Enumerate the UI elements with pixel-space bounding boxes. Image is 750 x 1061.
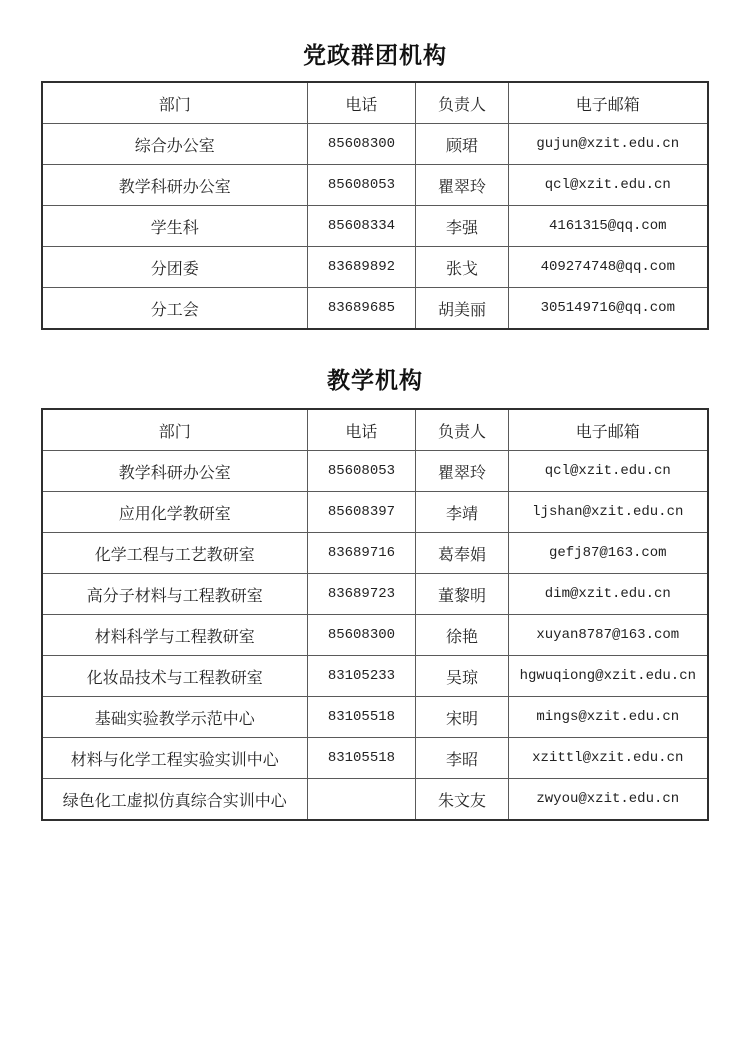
cell-department: 教学科研办公室 <box>42 165 307 206</box>
table-row: 化学工程与工艺教研室83689716葛奉娟gefj87@163.com <box>42 533 708 574</box>
teaching-org-table: 部门 电话 负责人 电子邮箱 教学科研办公室85608053瞿翠玲qcl@xzi… <box>41 408 709 821</box>
table-row: 绿色化工虚拟仿真综合实训中心朱文友zwyou@xzit.edu.cn <box>42 779 708 821</box>
cell-contact: 董黎明 <box>416 574 508 615</box>
cell-email: xuyan8787@163.com <box>508 615 708 656</box>
cell-contact: 徐艳 <box>416 615 508 656</box>
table-row: 化妆品技术与工程教研室83105233吴琼hgwuqiong@xzit.edu.… <box>42 656 708 697</box>
cell-phone: 85608334 <box>307 206 416 247</box>
table-header-row: 部门 电话 负责人 电子邮箱 <box>42 409 708 451</box>
cell-email: mings@xzit.edu.cn <box>508 697 708 738</box>
cell-department: 应用化学教研室 <box>42 492 307 533</box>
table-row: 基础实验教学示范中心83105518宋明mings@xzit.edu.cn <box>42 697 708 738</box>
cell-phone: 83105518 <box>307 738 416 779</box>
cell-contact: 李昭 <box>416 738 508 779</box>
table-row: 教学科研办公室85608053瞿翠玲qcl@xzit.edu.cn <box>42 165 708 206</box>
cell-email: zwyou@xzit.edu.cn <box>508 779 708 821</box>
cell-phone: 85608053 <box>307 451 416 492</box>
cell-department: 分团委 <box>42 247 307 288</box>
cell-contact: 朱文友 <box>416 779 508 821</box>
table-row: 教学科研办公室85608053瞿翠玲qcl@xzit.edu.cn <box>42 451 708 492</box>
cell-contact: 顾珺 <box>416 124 508 165</box>
table-row: 应用化学教研室85608397李靖ljshan@xzit.edu.cn <box>42 492 708 533</box>
table-row: 分团委83689892张戈409274748@qq.com <box>42 247 708 288</box>
cell-contact: 吴琼 <box>416 656 508 697</box>
cell-department: 化学工程与工艺教研室 <box>42 533 307 574</box>
cell-phone: 85608053 <box>307 165 416 206</box>
cell-department: 材料科学与工程教研室 <box>42 615 307 656</box>
column-header-department: 部门 <box>42 409 307 451</box>
column-header-contact: 负责人 <box>416 409 508 451</box>
cell-department: 化妆品技术与工程教研室 <box>42 656 307 697</box>
cell-phone: 85608300 <box>307 615 416 656</box>
cell-email: 4161315@qq.com <box>508 206 708 247</box>
cell-contact: 宋明 <box>416 697 508 738</box>
cell-email: qcl@xzit.edu.cn <box>508 165 708 206</box>
table-row: 材料与化学工程实验实训中心83105518李昭xzittl@xzit.edu.c… <box>42 738 708 779</box>
cell-email: xzittl@xzit.edu.cn <box>508 738 708 779</box>
cell-phone: 83689716 <box>307 533 416 574</box>
column-header-email: 电子邮箱 <box>508 409 708 451</box>
cell-department: 绿色化工虚拟仿真综合实训中心 <box>42 779 307 821</box>
cell-email: 305149716@qq.com <box>508 288 708 330</box>
cell-contact: 李靖 <box>416 492 508 533</box>
cell-contact: 葛奉娟 <box>416 533 508 574</box>
cell-contact: 胡美丽 <box>416 288 508 330</box>
cell-department: 综合办公室 <box>42 124 307 165</box>
column-header-contact: 负责人 <box>416 82 508 124</box>
table-row: 分工会83689685胡美丽305149716@qq.com <box>42 288 708 330</box>
cell-phone: 83689892 <box>307 247 416 288</box>
cell-department: 教学科研办公室 <box>42 451 307 492</box>
cell-department: 高分子材料与工程教研室 <box>42 574 307 615</box>
cell-email: qcl@xzit.edu.cn <box>508 451 708 492</box>
cell-contact: 李强 <box>416 206 508 247</box>
table-row: 高分子材料与工程教研室83689723董黎明dim@xzit.edu.cn <box>42 574 708 615</box>
table-header-row: 部门 电话 负责人 电子邮箱 <box>42 82 708 124</box>
cell-contact: 张戈 <box>416 247 508 288</box>
cell-department: 基础实验教学示范中心 <box>42 697 307 738</box>
column-header-phone: 电话 <box>307 409 416 451</box>
cell-department: 学生科 <box>42 206 307 247</box>
table-row: 综合办公室85608300顾珺gujun@xzit.edu.cn <box>42 124 708 165</box>
table-row: 学生科85608334李强4161315@qq.com <box>42 206 708 247</box>
section-title-party-org: 党政群团机构 <box>0 0 750 70</box>
cell-phone: 83689685 <box>307 288 416 330</box>
column-header-email: 电子邮箱 <box>508 82 708 124</box>
cell-contact: 瞿翠玲 <box>416 451 508 492</box>
cell-phone: 85608397 <box>307 492 416 533</box>
cell-email: gujun@xzit.edu.cn <box>508 124 708 165</box>
cell-department: 分工会 <box>42 288 307 330</box>
cell-email: hgwuqiong@xzit.edu.cn <box>508 656 708 697</box>
cell-phone: 83105233 <box>307 656 416 697</box>
cell-contact: 瞿翠玲 <box>416 165 508 206</box>
cell-email: ljshan@xzit.edu.cn <box>508 492 708 533</box>
cell-phone <box>307 779 416 821</box>
cell-department: 材料与化学工程实验实训中心 <box>42 738 307 779</box>
table-row: 材料科学与工程教研室85608300徐艳xuyan8787@163.com <box>42 615 708 656</box>
cell-phone: 83689723 <box>307 574 416 615</box>
column-header-department: 部门 <box>42 82 307 124</box>
cell-email: 409274748@qq.com <box>508 247 708 288</box>
party-org-table: 部门 电话 负责人 电子邮箱 综合办公室85608300顾珺gujun@xzit… <box>41 81 709 330</box>
cell-email: gefj87@163.com <box>508 533 708 574</box>
document-page: 党政群团机构 部门 电话 负责人 电子邮箱 综合办公室85608300顾珺guj… <box>0 0 750 1061</box>
cell-phone: 85608300 <box>307 124 416 165</box>
cell-phone: 83105518 <box>307 697 416 738</box>
cell-email: dim@xzit.edu.cn <box>508 574 708 615</box>
column-header-phone: 电话 <box>307 82 416 124</box>
section-title-teaching-org: 教学机构 <box>0 365 750 395</box>
